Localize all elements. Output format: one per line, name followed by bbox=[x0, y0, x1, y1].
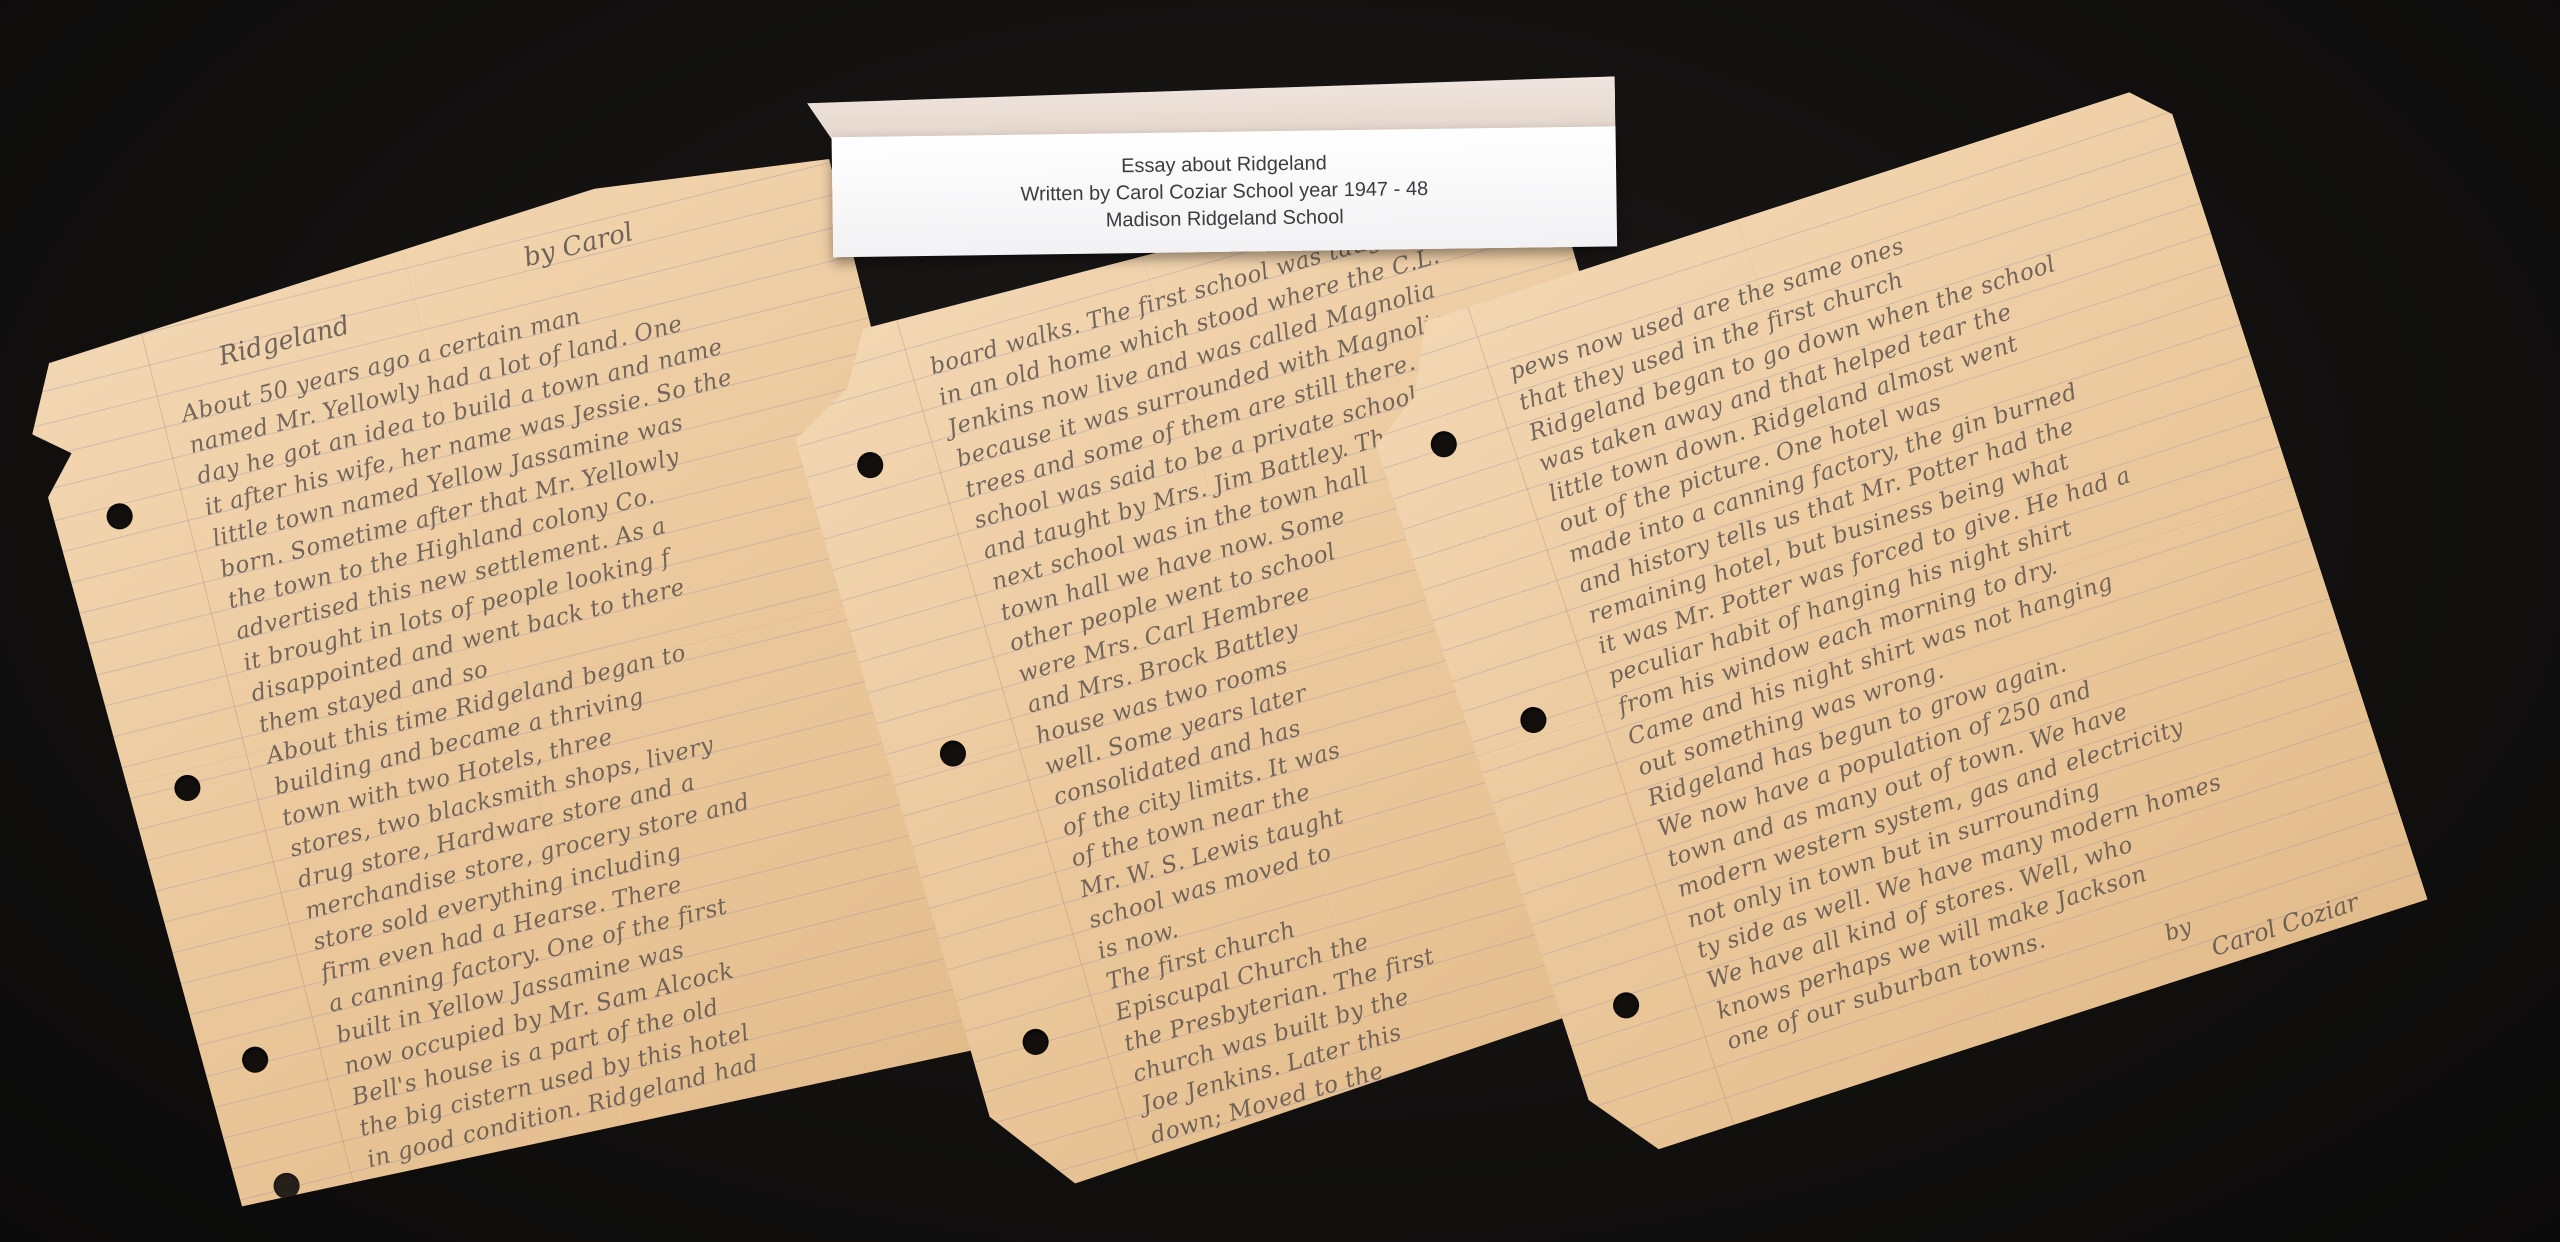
label-title: Essay about Ridgeland bbox=[1121, 150, 1327, 180]
label-school: Madison Ridgeland School bbox=[1106, 204, 1344, 234]
exhibit-label-card: Essay about Ridgeland Written by Carol C… bbox=[807, 76, 1617, 257]
label-card-face: Essay about Ridgeland Written by Carol C… bbox=[832, 126, 1618, 257]
label-author-year: Written by Carol Coziar School year 1947… bbox=[1020, 175, 1428, 208]
